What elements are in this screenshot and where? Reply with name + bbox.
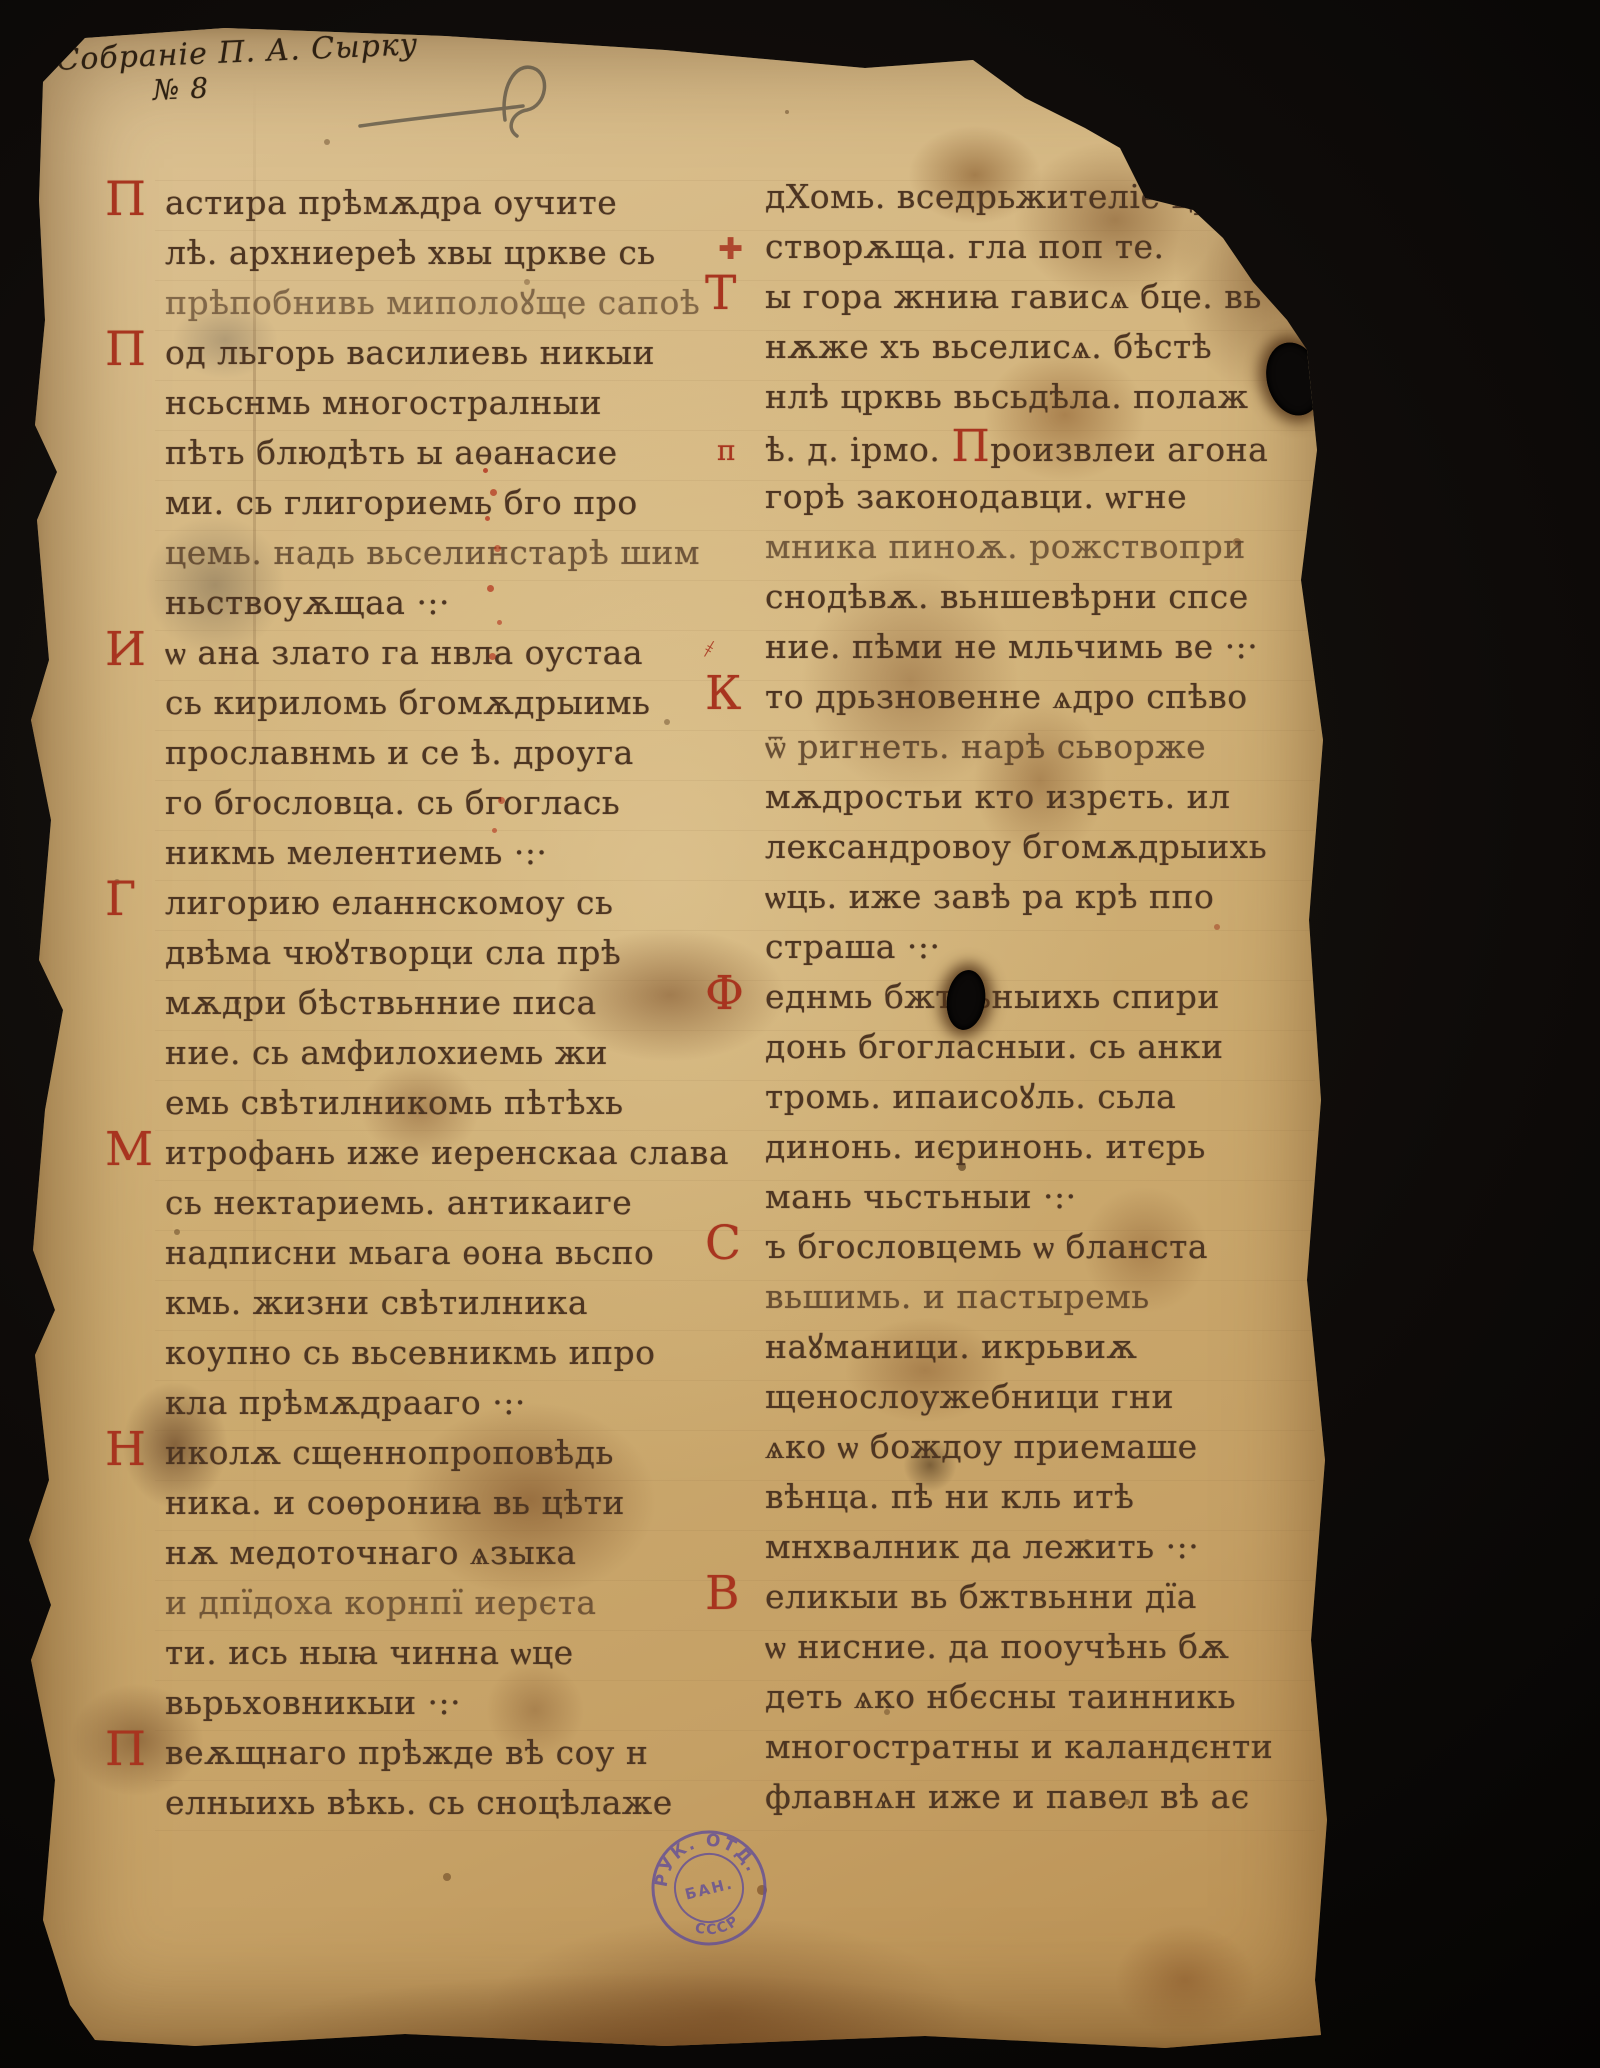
manuscript-line: цемь. надь вьселинстарѣ шим	[165, 528, 785, 578]
manuscript-text: елныихь вѣкь. сь сноцѣлаже	[165, 1783, 673, 1822]
manuscript-line: мѫдри бѣствьнние писа	[165, 978, 785, 1028]
manuscript-text: тромь. ипаисоꙋль. сьла	[765, 1077, 1176, 1116]
manuscript-text: деть ѧко нбєсны таинникь	[765, 1677, 1236, 1716]
manuscript-line: Великыи вь бжтвьнни дїа	[765, 1572, 1325, 1622]
manuscript-line: емь свѣтилникомь пѣтѣхь	[165, 1078, 785, 1128]
manuscript-text: вьшимь. и пастыремь	[765, 1277, 1150, 1316]
manuscript-text: ѡ нисние. да пооучѣнь бѫ	[765, 1627, 1229, 1666]
manuscript-line: нсьснмь многостралныи	[165, 378, 785, 428]
rubric-initial: К	[705, 669, 742, 719]
manuscript-line: двѣма чюꙋтворци сла прѣ	[165, 928, 785, 978]
manuscript-text: ы гора жниꙗ гависѧ бце. вь	[765, 277, 1262, 316]
manuscript-text: сь нектариемь. антикаиге	[165, 1183, 632, 1222]
manuscript-line: мника пиноѫ. рожствопри	[765, 522, 1325, 572]
manuscript-line: ние. сь амфилохиемь жи	[165, 1028, 785, 1078]
manuscript-text: нсьснмь многостралныи	[165, 383, 602, 422]
manuscript-line: Ты гора жниꙗ гависѧ бце. вь	[765, 272, 1325, 322]
manuscript-line: елныихь вѣкь. сь сноцѣлаже	[165, 1778, 785, 1828]
rubric-initial: П	[105, 325, 147, 375]
manuscript-text: го бгословца. сь бгоглась	[165, 783, 620, 822]
manuscript-line: Съ бгословцемь ѡ бланста	[765, 1222, 1325, 1272]
manuscript-line: никмь мелентиемь ·:·	[165, 828, 785, 878]
manuscript-text: иколѫ сщеннопроповѣдь	[165, 1433, 614, 1472]
manuscript-text: страша ·:·	[765, 927, 940, 966]
manuscript-text: надписни мьага ѳона вьспо	[165, 1233, 654, 1272]
manuscript-text: двѣма чюꙋтворци сла прѣ	[165, 933, 621, 972]
manuscript-line: динонь. иєринонь. итєрь	[765, 1122, 1325, 1172]
manuscript-line: наꙋманици. икрьвиѫ	[765, 1322, 1325, 1372]
manuscript-text: коупно сь вьсевникмь ипро	[165, 1333, 656, 1372]
manuscript-text: прѣпобнивь миполоꙋще сапоѣ	[165, 283, 700, 322]
manuscript-line: ти. ись ныꙗ чинна ѡце	[165, 1628, 785, 1678]
manuscript-text: еднмь бжтвьныихь спири	[765, 977, 1220, 1016]
manuscript-line: Глигорию еланнскомоу сь	[165, 878, 785, 928]
manuscript-line: деть ѧко нбєсны таинникь	[765, 1672, 1325, 1722]
rubric-initial: Г	[105, 875, 137, 925]
manuscript-line: ѿ ригнеть. нарѣ сьворже	[765, 722, 1325, 772]
manuscript-text: ньствоуѫщаа ·:·	[165, 583, 450, 622]
manuscript-line: прѣпобнивь миполоꙋще сапоѣ	[165, 278, 785, 328]
manuscript-text: створѫща. гла поп те.	[765, 227, 1165, 266]
manuscript-text: ѡць. иже завѣ ра крѣ ппо	[765, 877, 1214, 916]
manuscript-line: донь бгогласныи. сь анки	[765, 1022, 1325, 1072]
rubric-initial: П	[105, 1725, 147, 1775]
manuscript-line: нлѣ црквь вьсьдѣла. полаж	[765, 372, 1325, 422]
manuscript-text: пѣть блюдѣть ы аѳанасие	[165, 433, 618, 472]
manuscript-line: щенослоужебници гни	[765, 1372, 1325, 1422]
manuscript-line: Кто дрьзновенне ѧдро спѣво	[765, 672, 1325, 722]
manuscript-text: ѧко ѡ бождоу приемаше	[765, 1427, 1198, 1466]
manuscript-line: Феднмь бжтвьныихь спири	[765, 972, 1325, 1022]
manuscript-text: вѣнца. пѣ ни кль итѣ	[765, 1477, 1134, 1516]
manuscript-text: многостратны и каландєнти	[765, 1727, 1273, 1766]
manuscript-text: лигорию еланнскомоу сь	[165, 883, 613, 922]
manuscript-text: щенослоужебници гни	[765, 1377, 1174, 1416]
manuscript-text: ние. пѣми не мльчимь ве ·:·	[765, 627, 1258, 666]
red-pigment-dribble	[483, 468, 488, 473]
manuscript-text: ѣ. д. ірмо.	[765, 430, 951, 469]
manuscript-text: кла прѣмѫдрааго ·:·	[165, 1383, 526, 1422]
manuscript-line: мѫдростьи кто изрєть. ил	[765, 772, 1325, 822]
rubric-initial: В	[705, 1569, 740, 1619]
manuscript-text: флавнѧн иже и павел вѣ ає	[765, 1777, 1250, 1816]
manuscript-text: мѫдростьи кто изрєть. ил	[765, 777, 1231, 816]
manuscript-line: пѣ. д. ірмо. Произвлеи агона	[765, 422, 1325, 472]
manuscript-text: еликыи вь бжтвьнни дїа	[765, 1577, 1197, 1616]
manuscript-text: мнхвалник да лежить ·:·	[765, 1527, 1199, 1566]
rubric-initial: С	[705, 1219, 741, 1269]
manuscript-text: веѫщнаго прѣжде вѣ соу н	[165, 1733, 648, 1772]
manuscript-line: многостратны и каландєнти	[765, 1722, 1325, 1772]
manuscript-line: и дпїдоха корнпї иерєта	[165, 1578, 785, 1628]
manuscript-line: го бгословца. сь бгоглась	[165, 778, 785, 828]
manuscript-line: Пвеѫщнаго прѣжде вѣ соу н	[165, 1728, 785, 1778]
manuscript-line: лександровоу бгомѫдрыихь	[765, 822, 1325, 872]
manuscript-line: сь нектариемь. антикаиге	[165, 1178, 785, 1228]
manuscript-line: Николѫ сщеннопроповѣдь	[165, 1428, 785, 1478]
manuscript-line: ньствоуѫщаа ·:·	[165, 578, 785, 628]
manuscript-text: мника пиноѫ. рожствопри	[765, 527, 1246, 566]
manuscript-line: пѣть блюдѣть ы аѳанасие	[165, 428, 785, 478]
manuscript-text: мѫдри бѣствьнние писа	[165, 983, 597, 1022]
rubric-initial: И	[105, 625, 147, 675]
manuscript-text: мань чьстьныи ·:·	[765, 1177, 1077, 1216]
manuscript-line: ние. пѣми не мльчимь ве ·:·	[765, 622, 1325, 672]
manuscript-line: нѫже хъ вьселисѧ. бѣстѣ	[765, 322, 1325, 372]
manuscript-text: лѣ. архниереѣ хвы цркве сь	[165, 233, 656, 272]
manuscript-line: нѫ медоточнаго ѧзыка	[165, 1528, 785, 1578]
manuscript-text: донь бгогласныи. сь анки	[765, 1027, 1224, 1066]
rubric-text: П	[951, 421, 990, 472]
manuscript-line: лѣ. архниереѣ хвы цркве сь	[165, 228, 785, 278]
manuscript-text: сь кириломь бгомѫдрыимь	[165, 683, 651, 722]
manuscript-text: ние. сь амфилохиемь жи	[165, 1033, 608, 1072]
manuscript-line: горѣ законодавци. ѡгне	[765, 472, 1325, 522]
manuscript-line: снодѣвѫ. вьншевѣрни спсе	[765, 572, 1325, 622]
manuscript-text: ми. сь глигориемь бго про	[165, 483, 638, 522]
manuscript-line: ѧко ѡ бождоу приемаше	[765, 1422, 1325, 1472]
parchment-leaf: Собранiе П. А. Сырку № 8 Пастира прѣмѫдр…	[25, 20, 1355, 2055]
red-cross-mark: ✚	[718, 232, 743, 267]
manuscript-text: астира прѣмѫдра оучите	[165, 183, 617, 222]
manuscript-line: Пастира прѣмѫдра оучите	[165, 178, 785, 228]
manuscript-text: горѣ законодавци. ѡгне	[765, 477, 1187, 516]
manuscript-line: ника. и соѳрониꙗ вь цѣти	[165, 1478, 785, 1528]
manuscript-line: сь кириломь бгомѫдрыимь	[165, 678, 785, 728]
manuscript-line: страша ·:·	[765, 922, 1325, 972]
manuscript-line: ѡ нисние. да пооучѣнь бѫ	[765, 1622, 1325, 1672]
stamp-center: БАН.	[683, 1874, 735, 1903]
manuscript-line: тромь. ипаисоꙋль. сьла	[765, 1072, 1325, 1122]
manuscript-text: ѿ ригнеть. нарѣ сьворже	[765, 727, 1206, 766]
rubric-initial: Н	[105, 1425, 147, 1475]
manuscript-text: ѡ ана злато га нвла оустаа	[165, 633, 643, 672]
manuscript-line: кмь. жизни свѣтилника	[165, 1278, 785, 1328]
manuscript-text: вьрьховникыи ·:·	[165, 1683, 461, 1722]
manuscript-text: нѫже хъ вьселисѧ. бѣстѣ	[765, 327, 1212, 366]
manuscript-text: емь свѣтилникомь пѣтѣхь	[165, 1083, 624, 1122]
rubric-initial: П	[105, 175, 147, 225]
manuscript-line: ми. сь глигориемь бго про	[165, 478, 785, 528]
manuscript-text: нлѣ црквь вьсьдѣла. полаж	[765, 377, 1249, 416]
manuscript-text: ти. ись ныꙗ чинна ѡце	[165, 1633, 574, 1672]
manuscript-line: Митрофань иже иеренскаа слава	[165, 1128, 785, 1178]
manuscript-text: прославнмь и се ѣ. дроуга	[165, 733, 634, 772]
manuscript-line: надписни мьага ѳона вьспо	[165, 1228, 785, 1278]
manuscript-text: наꙋманици. икрьвиѫ	[765, 1327, 1137, 1366]
manuscript-text: кмь. жизни свѣтилника	[165, 1283, 588, 1322]
manuscript-line: коупно сь вьсевникмь ипро	[165, 1328, 785, 1378]
manuscript-line: вьрьховникыи ·:·	[165, 1678, 785, 1728]
manuscript-text: лександровоу бгомѫдрыихь	[765, 827, 1267, 866]
text-column-left: Пастира прѣмѫдра оучителѣ. архниереѣ хвы…	[165, 178, 785, 1828]
manuscript-line: мань чьстьныи ·:·	[765, 1172, 1325, 1222]
manuscript-text: снодѣвѫ. вьншевѣрни спсе	[765, 577, 1249, 616]
manuscript-line: прославнмь и се ѣ. дроуга	[165, 728, 785, 778]
manuscript-text: никмь мелентиемь ·:·	[165, 833, 547, 872]
manuscript-text: ника. и соѳрониꙗ вь цѣти	[165, 1483, 625, 1522]
pencil-flourish	[355, 48, 575, 148]
manuscript-text: роизвлеи агона	[990, 430, 1268, 469]
manuscript-text: ъ бгословцемь ѡ бланста	[765, 1227, 1208, 1266]
rubric-initial: Ф	[705, 969, 745, 1019]
manuscript-line: Под льгорь василиевь никыи	[165, 328, 785, 378]
manuscript-text: цемь. надь вьселинстарѣ шим	[165, 533, 700, 572]
manuscript-text: итрофань иже иеренскаа слава	[165, 1133, 729, 1172]
manuscript-text: то дрьзновенне ѧдро спѣво	[765, 677, 1248, 716]
manuscript-line: вьшимь. и пастыремь	[765, 1272, 1325, 1322]
text-column-right: дХомь. вседрьжителіе црьстворѫща. гла по…	[765, 172, 1325, 1822]
manuscript-text: нѫ медоточнаго ѧзыка	[165, 1533, 577, 1572]
manuscript-text: од льгорь василиевь никыи	[165, 333, 655, 372]
rubric-initial: п	[717, 426, 736, 476]
manuscript-text: и дпїдоха корнпї иерєта	[165, 1583, 597, 1622]
rubric-initial: Т	[705, 269, 737, 319]
manuscript-line: флавнѧн иже и павел вѣ ає	[765, 1772, 1325, 1822]
rubric-initial: М	[105, 1125, 154, 1175]
manuscript-line: вѣнца. пѣ ни кль итѣ	[765, 1472, 1325, 1522]
manuscript-line: кла прѣмѫдрааго ·:·	[165, 1378, 785, 1428]
manuscript-text: динонь. иєринонь. итєрь	[765, 1127, 1206, 1166]
manuscript-line: Иѡ ана злато га нвла оустаа	[165, 628, 785, 678]
manuscript-line: ѡць. иже завѣ ра крѣ ппо	[765, 872, 1325, 922]
manuscript-line: мнхвалник да лежить ·:·	[765, 1522, 1325, 1572]
library-stamp: РУК. ОТД. БАН. СССР	[634, 1813, 784, 1963]
